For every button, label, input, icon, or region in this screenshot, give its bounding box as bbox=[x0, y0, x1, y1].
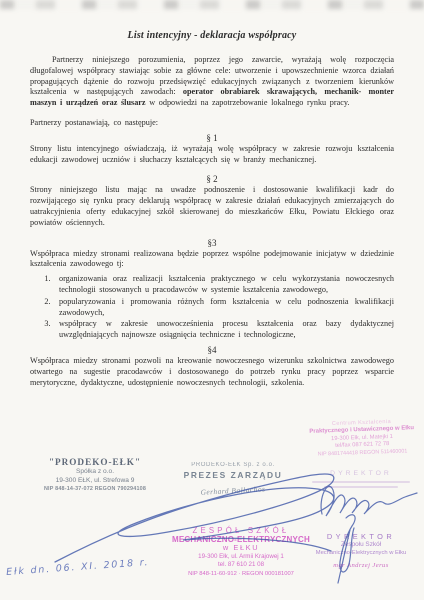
stamp-prodeko: "PRODEKO-EŁK" Spółka z o.o. 19-300 EŁK, … bbox=[24, 458, 166, 494]
document-title: List intencyjny - deklaracja współpracy bbox=[30, 30, 394, 41]
clause-3-heading: §3 bbox=[30, 238, 394, 248]
document-body: List intencyjny - deklaracja współpracy … bbox=[30, 30, 394, 397]
clause-4-text: Współpraca miedzy stronami pozwoli na kr… bbox=[30, 356, 394, 388]
clause-3-list: organizowania oraz realizacji kształceni… bbox=[54, 274, 394, 341]
clause-3-item-3: współpracy w zakresie unowocześnienia pr… bbox=[54, 319, 394, 341]
stamp-prezes-line-1: PRODEKO-EŁK Sp. z o.o. bbox=[170, 461, 296, 471]
stamp-director-line-2: Zespołu Szkół bbox=[298, 541, 424, 549]
stamp-director-faint: DYREKTOR bbox=[298, 470, 424, 488]
paragraph-preamble: Partnerzy niniejszego porozumienia, popr… bbox=[30, 55, 394, 109]
clause-3-intro: Współpraca miedzy stronami realizowana b… bbox=[30, 249, 394, 271]
clause-2-heading: § 2 bbox=[30, 174, 394, 184]
stamp-director-faint-blur-line-2 bbox=[324, 486, 398, 488]
stamp-director-name: mgr Andrzej Jerus bbox=[298, 562, 424, 570]
stamp-prodeko-line-4: NIP 848-14-37-072 REGON 790294108 bbox=[24, 485, 166, 494]
stamp-ckpiu: Centrum Kształcenia Praktycznego i Ustaw… bbox=[298, 418, 424, 459]
stamp-director-faint-line-1: DYREKTOR bbox=[298, 470, 424, 478]
clause-4-heading: §4 bbox=[30, 345, 394, 355]
stamp-director-faint-blur-line bbox=[312, 481, 410, 483]
stamp-school-line-6: NIP 848-11-60-912 · REGON 000181007 bbox=[149, 570, 333, 579]
stamp-prodeko-name: "PRODEKO-EŁK" bbox=[24, 458, 166, 467]
preamble-ending: w odpowiedzi na zapotrzebowanie lokalneg… bbox=[146, 98, 350, 107]
paragraph-intro: Partnerzy postanawiają, co następuje: bbox=[30, 118, 394, 129]
clause-1-text: Strony listu intencyjnego oświadczają, i… bbox=[30, 144, 394, 166]
stamp-prezes-line-2: PREZES ZARZĄDU bbox=[170, 471, 296, 481]
stamp-director: DYREKTOR Zespołu Szkół Mechaniczno-Elekt… bbox=[298, 533, 424, 570]
clause-3-item-1: organizowania oraz realizacji kształceni… bbox=[54, 274, 394, 296]
stamp-prezes-zarzadu: PRODEKO-EŁK Sp. z o.o. PREZES ZARZĄDU bbox=[170, 461, 296, 480]
handwritten-date: Ełk dn. 06. XI. 2018 r. bbox=[6, 557, 150, 578]
stamp-director-line-1: DYREKTOR bbox=[298, 533, 424, 541]
signature-right-cursive bbox=[321, 486, 417, 516]
stamp-prodeko-line-3: 19-300 EŁK, ul. Strefowa 9 bbox=[24, 476, 166, 485]
scan-noise-band bbox=[0, 0, 424, 9]
stamp-prodeko-line-2: Spółka z o.o. bbox=[24, 467, 166, 476]
clause-3-item-2: popularyzowania i promowania różnych for… bbox=[54, 297, 394, 319]
stamp-director-line-3: Mechaniczno-Elektrycznych w Ełku bbox=[298, 549, 424, 557]
clause-2-text: Strony niniejszego listu mając na uwadze… bbox=[30, 185, 394, 228]
clause-1-heading: § 1 bbox=[30, 133, 394, 143]
scanned-document-page: List intencyjny - deklaracja współpracy … bbox=[0, 0, 424, 600]
stamp-prezes-name: Gerhard Bałłachos bbox=[178, 483, 288, 498]
